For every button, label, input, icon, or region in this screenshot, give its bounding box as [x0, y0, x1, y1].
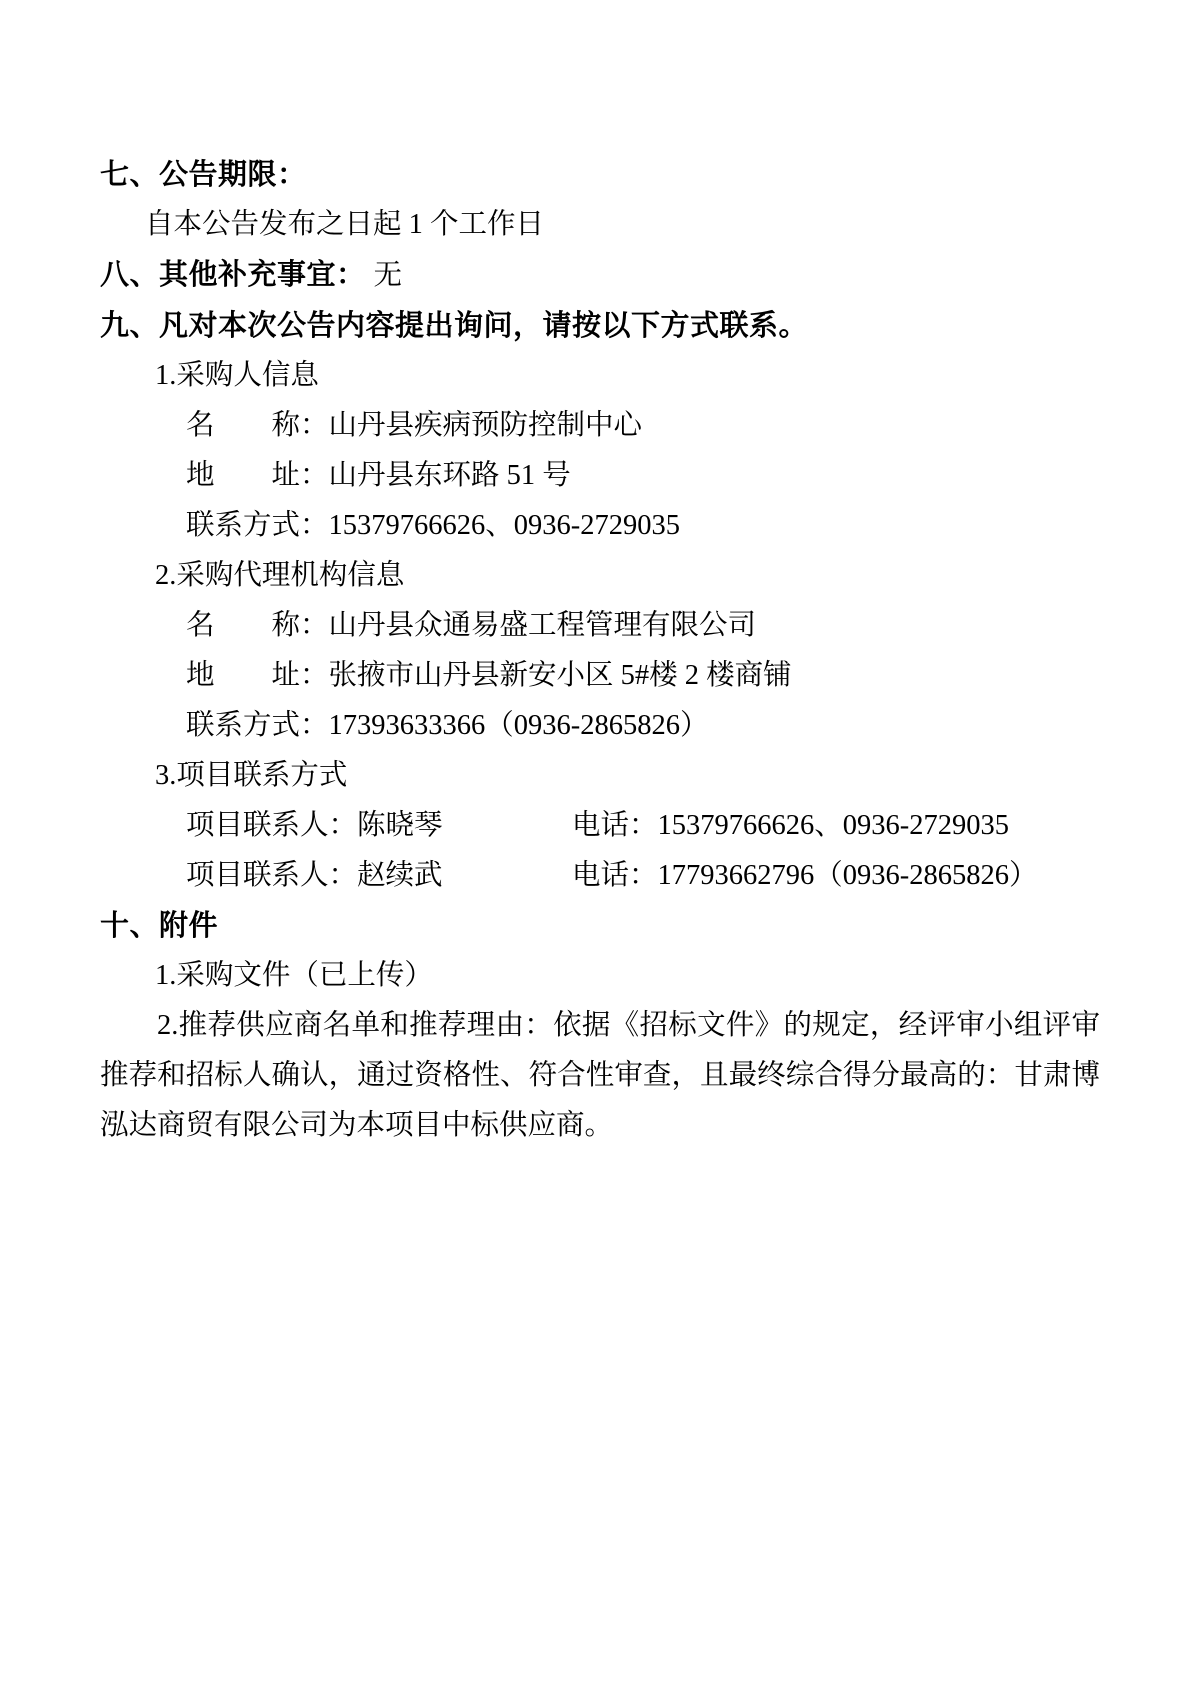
- contact-2-label: 项目联系人：: [186, 860, 357, 891]
- contact-1-phone: 15379766626、0936-2729035: [658, 810, 1010, 841]
- section-10-heading: 十、附件: [100, 901, 1100, 951]
- agency-name-label: 名 称：: [186, 610, 329, 641]
- purchaser-name-label: 名 称：: [186, 410, 329, 441]
- section-8-value: 无: [374, 260, 403, 291]
- contact-2-name: 赵续武: [357, 860, 443, 891]
- agency-address-value: 张掖市山丹县新安小区 5#楼 2 楼商铺: [329, 660, 792, 691]
- contact-2-phone: 17793662796（0936-2865826）: [658, 860, 1038, 891]
- project-contact-row-2: 项目联系人：赵续武 电话：17793662796（0936-2865826）: [186, 851, 1100, 901]
- section-7-heading: 七、公告期限：: [100, 150, 1100, 200]
- document-page: 七、公告期限： 自本公告发布之日起 1 个工作日 八、其他补充事宜：无 九、凡对…: [0, 0, 1191, 1684]
- contact-1-phone-label: 电话：: [572, 810, 658, 841]
- purchaser-phone-value: 15379766626、0936-2729035: [329, 510, 681, 541]
- contact-1-label: 项目联系人：: [186, 810, 357, 841]
- agency-name-value: 山丹县众通易盛工程管理有限公司: [329, 610, 757, 641]
- contact-2-right: 电话：17793662796（0936-2865826）: [572, 851, 1038, 901]
- project-contact-row-1: 项目联系人：陈晓琴 电话：15379766626、0936-2729035: [186, 801, 1100, 851]
- purchaser-address-row: 地 址：山丹县东环路 51 号: [186, 451, 1100, 501]
- purchaser-info-title: 1.采购人信息: [155, 351, 1100, 401]
- agency-phone-label: 联系方式：: [186, 710, 329, 741]
- purchaser-phone-label: 联系方式：: [186, 510, 329, 541]
- contact-2-left: 项目联系人：赵续武: [186, 851, 572, 901]
- purchaser-address-label: 地 址：: [186, 460, 329, 491]
- attachment-item-1: 1.采购文件（已上传）: [155, 951, 1100, 1001]
- purchaser-name-row: 名 称：山丹县疾病预防控制中心: [186, 401, 1100, 451]
- section-7-body: 自本公告发布之日起 1 个工作日: [145, 200, 1100, 250]
- attachment-item-2: 2.推荐供应商名单和推荐理由：依据《招标文件》的规定，经评审小组评审推荐和招标人…: [100, 1001, 1100, 1151]
- contact-1-name: 陈晓琴: [357, 810, 443, 841]
- contact-1-left: 项目联系人：陈晓琴: [186, 801, 572, 851]
- section-9-heading: 九、凡对本次公告内容提出询问，请按以下方式联系。: [100, 301, 1100, 351]
- purchaser-name-value: 山丹县疾病预防控制中心: [329, 410, 643, 441]
- contact-2-phone-label: 电话：: [572, 860, 658, 891]
- agency-address-row: 地 址：张掖市山丹县新安小区 5#楼 2 楼商铺: [186, 651, 1100, 701]
- contact-1-right: 电话：15379766626、0936-2729035: [572, 801, 1009, 851]
- agency-address-label: 地 址：: [186, 660, 329, 691]
- purchaser-address-value: 山丹县东环路 51 号: [329, 460, 571, 491]
- section-8-line: 八、其他补充事宜：无: [100, 250, 1100, 301]
- agency-phone-value: 17393633366（0936-2865826）: [329, 710, 709, 741]
- section-8-heading: 八、其他补充事宜：: [100, 259, 366, 291]
- agency-name-row: 名 称：山丹县众通易盛工程管理有限公司: [186, 601, 1100, 651]
- project-contact-title: 3.项目联系方式: [155, 751, 1100, 801]
- purchaser-phone-row: 联系方式：15379766626、0936-2729035: [186, 501, 1100, 551]
- agency-phone-row: 联系方式：17393633366（0936-2865826）: [186, 701, 1100, 751]
- agency-info-title: 2.采购代理机构信息: [155, 551, 1100, 601]
